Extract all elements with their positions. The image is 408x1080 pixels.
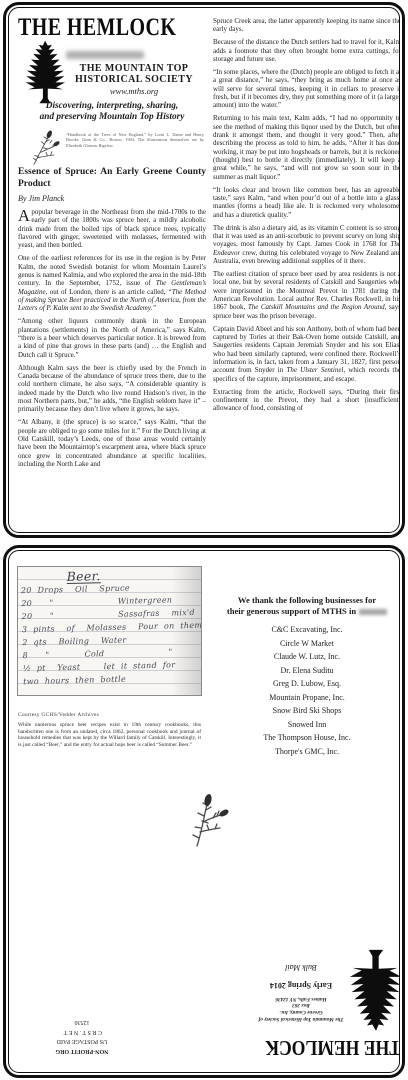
- illustration-credit: “Handbook of the Trees of New England,” …: [66, 132, 204, 148]
- society-name-block: THE MOUNTAIN TOP HISTORICAL SOCIETY www.…: [68, 63, 200, 96]
- text-run: “Among other liquors commonly drank in t…: [18, 317, 206, 358]
- sponsor-name: Thorpe's GMC, Inc.: [210, 745, 400, 759]
- sponsor-heading-line2: their generous support of MTHS in: [210, 606, 400, 617]
- article-paragraph: Captain David Abeel and his son Anthony,…: [213, 325, 400, 383]
- society-tagline: Discovering, interpreting, sharing, and …: [18, 101, 206, 123]
- front-right-column: Spruce Creek area, the latter apparently…: [213, 14, 400, 532]
- page-front-frame: THE HEMLOCK THE MOUNTAIN TOP HISTORICAL …: [8, 7, 400, 533]
- article-title: Essence of Spruce: An Early Greene Count…: [18, 167, 206, 190]
- front-right-paragraphs: Spruce Creek area, the latter apparently…: [213, 17, 400, 413]
- redacted-blur: [66, 51, 144, 59]
- sponsor-name: Snowed Inn: [210, 718, 400, 732]
- front-left-paragraphs: One of the earliest references for its u…: [18, 254, 206, 468]
- article-paragraph: Because of the distance the Dutch settle…: [213, 38, 400, 63]
- return-address-line4: Haines Falls, NY 12436: [257, 995, 345, 1002]
- society-name-line1: THE MOUNTAIN TOP: [68, 63, 200, 74]
- issue-date: Early Spring 2014: [257, 981, 345, 990]
- postage-line4: 12530: [49, 1017, 115, 1027]
- sponsor-name: The Thompson House, Inc.: [210, 731, 400, 745]
- article-paragraph: The drink is also a dietary aid, as its …: [213, 224, 400, 266]
- hemlock-tree-icon: [23, 40, 67, 106]
- text-run: The Ulster Sentinel: [286, 366, 343, 374]
- tagline-line1: Discovering, interpreting, sharing,: [18, 101, 206, 112]
- hemlock-tree-icon: [349, 938, 400, 1040]
- sponsor-heading: We thank the following businesses for th…: [210, 595, 400, 617]
- paragraph-text: popular beverage in the Northeast from t…: [18, 208, 206, 249]
- text-run: Extracting from the article, Rockwell sa…: [213, 388, 400, 413]
- text-run: “In some places, where the (Dutch) peopl…: [213, 68, 400, 109]
- article-paragraph: Spruce Creek area, the latter apparently…: [213, 17, 400, 34]
- sponsor-list: C&C Excavating, Inc.Circle W MarketClaud…: [210, 623, 400, 758]
- text-run: Spruce Creek area, the latter apparently…: [213, 17, 400, 33]
- mailing-panel: THE HEMLOCK The Mountain Top Historical …: [15, 930, 400, 1068]
- page-back-frame: Beer.20 Drops Oil Spruce20 " Wintergreen…: [8, 550, 400, 1073]
- newsletter-page-back: Beer.20 Drops Oil Spruce20 " Wintergreen…: [3, 545, 405, 1078]
- spruce-sprig-icon: [179, 788, 229, 848]
- recipe-photo: Beer.20 Drops Oil Spruce20 " Wintergreen…: [17, 566, 202, 696]
- postage-line3: CRST.NET: [49, 1027, 115, 1037]
- article-byline: By Jim Planck: [18, 194, 206, 203]
- article-paragraph: “Among other liquors commonly drank in t…: [18, 317, 206, 359]
- article-paragraph: Returning to his main text, Kalm adds, “…: [213, 114, 400, 181]
- handwritten-recipe: Beer.20 Drops Oil Spruce20 " Wintergreen…: [21, 567, 199, 695]
- sponsor-section: We thank the following businesses for th…: [210, 595, 400, 758]
- return-address-line3: Box 263: [257, 1002, 345, 1009]
- text-run: , out of London, there is an article cal…: [46, 288, 168, 296]
- postage-indicia: NON-PROFIT ORG US POSTAGE PAID CRST.NET …: [49, 1017, 115, 1055]
- text-run: “It looks clear and brown like common be…: [213, 186, 400, 219]
- masthead: THE HEMLOCK THE MOUNTAIN TOP HISTORICAL …: [18, 14, 206, 164]
- sponsor-name: Claude W. Lutz, Inc.: [210, 650, 400, 664]
- return-address-line2: Greene County, Inc.: [257, 1008, 345, 1015]
- text-run: The drink is also a dietary aid, as its …: [213, 224, 400, 249]
- article-paragraph: “It looks clear and brown like common be…: [213, 186, 400, 219]
- sponsor-heading-line1: We thank the following businesses for: [210, 595, 400, 606]
- tagline-line2: and preserving Mountain Top History: [18, 112, 206, 123]
- text-run: “At Albany, it (the spruce) is so scarce…: [18, 418, 206, 468]
- redacted-blur: [359, 609, 387, 615]
- sponsor-name: Dr. Elena Suditu: [210, 664, 400, 678]
- postage-line2: US POSTAGE PAID: [49, 1036, 115, 1046]
- drop-cap: A: [18, 208, 31, 223]
- text-run: Returning to his main text, Kalm adds, “…: [213, 114, 400, 180]
- text-run: Because of the distance the Dutch settle…: [213, 38, 400, 63]
- newsletter-scan: THE HEMLOCK THE MOUNTAIN TOP HISTORICAL …: [0, 0, 408, 1080]
- sponsor-name: Snow Bird Ski Shops: [210, 704, 400, 718]
- mail-class: Bulk Mail: [257, 963, 345, 972]
- return-address-line1: The Mountain Top Historical Society of: [257, 1015, 345, 1022]
- front-left-column: THE HEMLOCK THE MOUNTAIN TOP HISTORICAL …: [18, 14, 206, 532]
- photo-credit: Courtesy GCHS/Vedder Archives: [18, 712, 203, 718]
- sponsor-name: Greg D. Lubow, Esq.: [210, 677, 400, 691]
- article-paragraph: The earliest citation of spruce beer use…: [213, 270, 400, 320]
- postage-line1: NON-PROFIT ORG: [49, 1046, 115, 1056]
- text-run: popular beverage in the Northeast from t…: [18, 208, 206, 249]
- text-run: crew, during his celebrated voyage to Ne…: [213, 249, 400, 265]
- article-paragraph: One of the earliest references for its u…: [18, 254, 206, 312]
- article-paragraph: Extracting from the article, Rockwell sa…: [213, 388, 400, 413]
- society-website: www.mths.org: [68, 86, 200, 96]
- sponsor-name: Mountain Propane, Inc.: [210, 691, 400, 705]
- return-address: The Mountain Top Historical Society of G…: [257, 963, 345, 1022]
- society-name-line2: HISTORICAL SOCIETY: [68, 74, 200, 85]
- newsletter-title: THE HEMLOCK: [18, 14, 176, 42]
- newsletter-page-front: THE HEMLOCK THE MOUNTAIN TOP HISTORICAL …: [3, 2, 405, 538]
- article-paragraph: “In some places, where the (Dutch) peopl…: [213, 68, 400, 110]
- text-run: The Catskill Mountains and the Region Ar…: [248, 303, 385, 311]
- sponsor-name: Circle W Market: [210, 637, 400, 651]
- text-run: Although Kalm says the beer is chiefly u…: [18, 364, 206, 414]
- article-paragraph: Although Kalm says the beer is chiefly u…: [18, 364, 206, 414]
- article-paragraph: “At Albany, it (the spruce) is so scarce…: [18, 418, 206, 468]
- sponsor-name: C&C Excavating, Inc.: [210, 623, 400, 637]
- article-paragraph: Apopular beverage in the Northeast from …: [18, 208, 206, 250]
- spruce-sprig-icon: [27, 127, 61, 167]
- photo-caption: While numerous spruce beer recipes exist…: [18, 722, 201, 748]
